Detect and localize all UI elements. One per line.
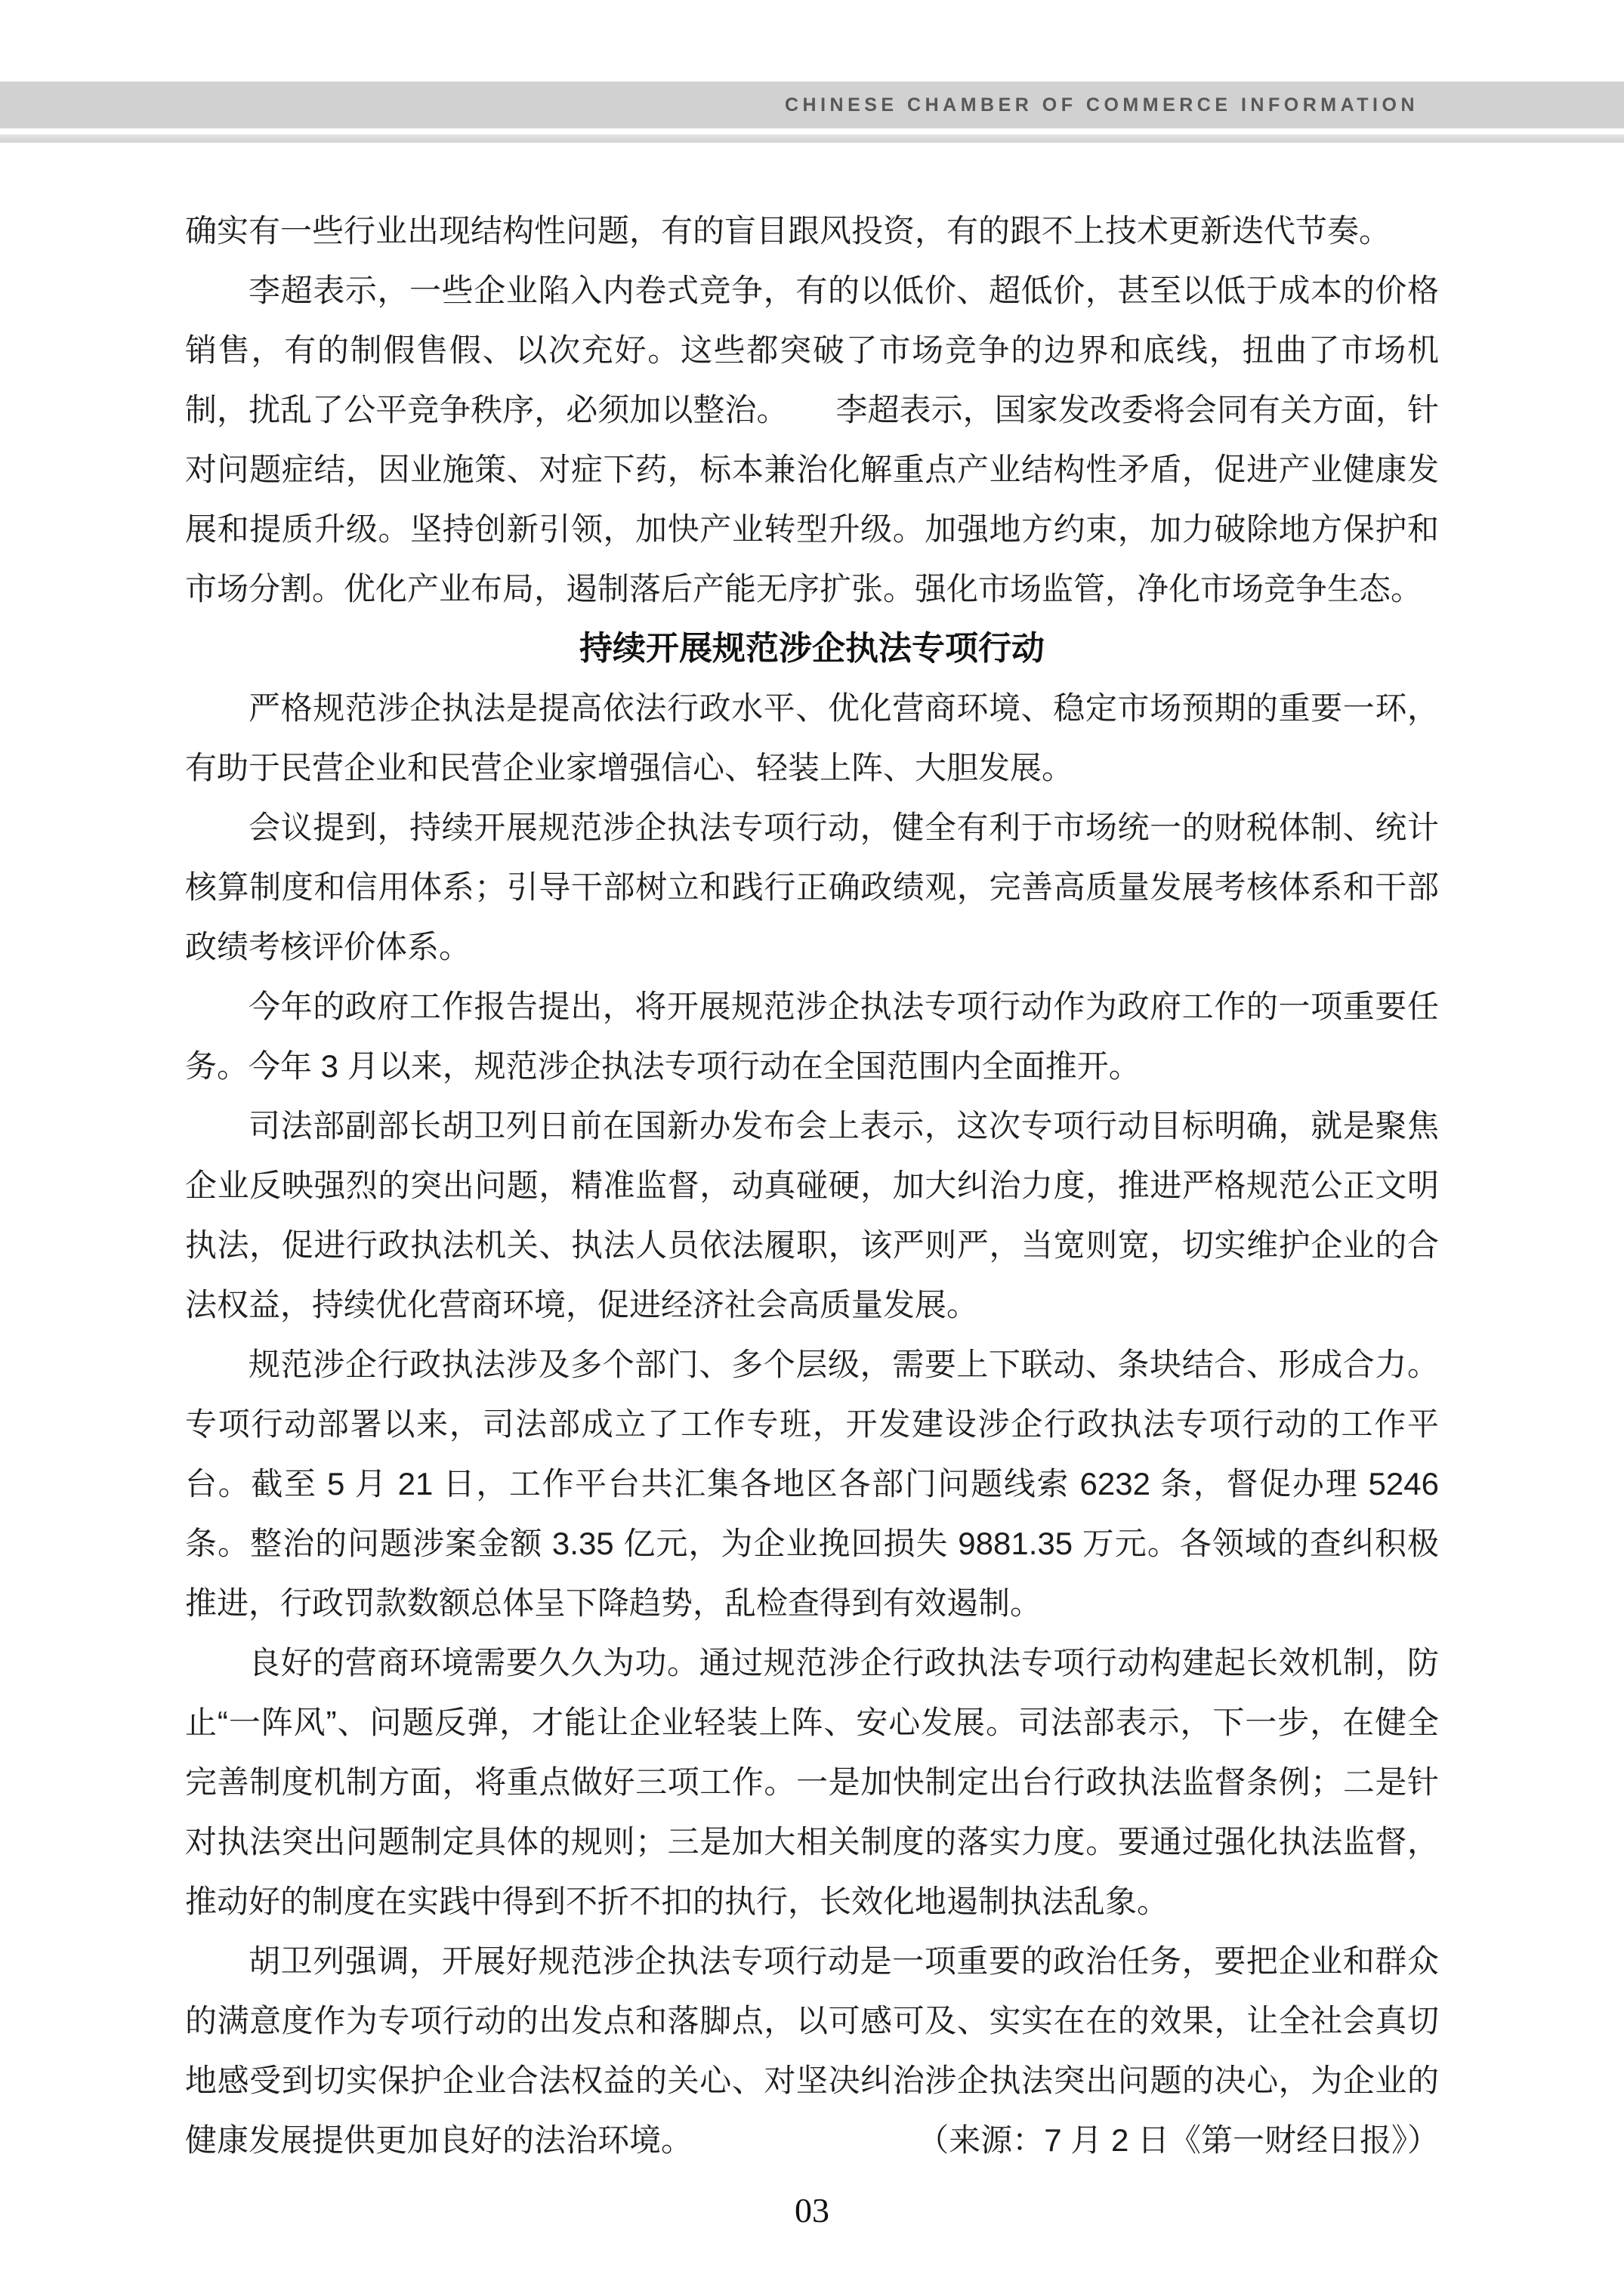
paragraph: 李超表示，一些企业陷入内卷式竞争，有的以低价、超低价，甚至以低于成本的价格销售，… [185,261,1439,619]
paragraph: 规范涉企行政执法涉及多个部门、多个层级，需要上下联动、条块结合、形成合力。专项行… [185,1335,1439,1633]
article-body: 确实有一些行业出现结构性问题，有的盲目跟风投资，有的跟不上技术更新迭代节奏。 李… [185,201,1439,2170]
paragraph: 会议提到，持续开展规范涉企执法专项行动，健全有利于市场统一的财税体制、统计核算制… [185,798,1439,977]
paragraph-continued: 确实有一些行业出现结构性问题，有的盲目跟风投资，有的跟不上技术更新迭代节奏。 [185,201,1439,261]
paragraph: 今年的政府工作报告提出，将开展规范涉企执法专项行动作为政府工作的一项重要任务。今… [185,977,1439,1096]
paragraph: 良好的营商环境需要久久为功。通过规范涉企行政执法专项行动构建起长效机制，防止“一… [185,1633,1439,1931]
source-attribution: （来源：7 月 2 日《第一财经日报》） [917,2110,1439,2170]
paragraph-with-source: 胡卫列强调，开展好规范涉企执法专项行动是一项重要的政治任务，要把企业和群众的满意… [185,1931,1439,2170]
paragraph: 严格规范涉企执法是提高依法行政水平、优化营商环境、稳定市场预期的重要一环，有助于… [185,678,1439,798]
paragraph: 司法部副部长胡卫列日前在国新办发布会上表示，这次专项行动目标明确，就是聚焦企业反… [185,1096,1439,1335]
newsletter-page: CHINESE CHAMBER OF COMMERCE INFORMATION … [0,0,1624,2293]
header-band-title: CHINESE CHAMBER OF COMMERCE INFORMATION [785,94,1419,116]
header-divider-band [0,134,1624,143]
section-heading: 持续开展规范涉企执法专项行动 [185,619,1439,678]
page-number: 03 [0,2190,1624,2230]
header-band: CHINESE CHAMBER OF COMMERCE INFORMATION [0,82,1624,128]
